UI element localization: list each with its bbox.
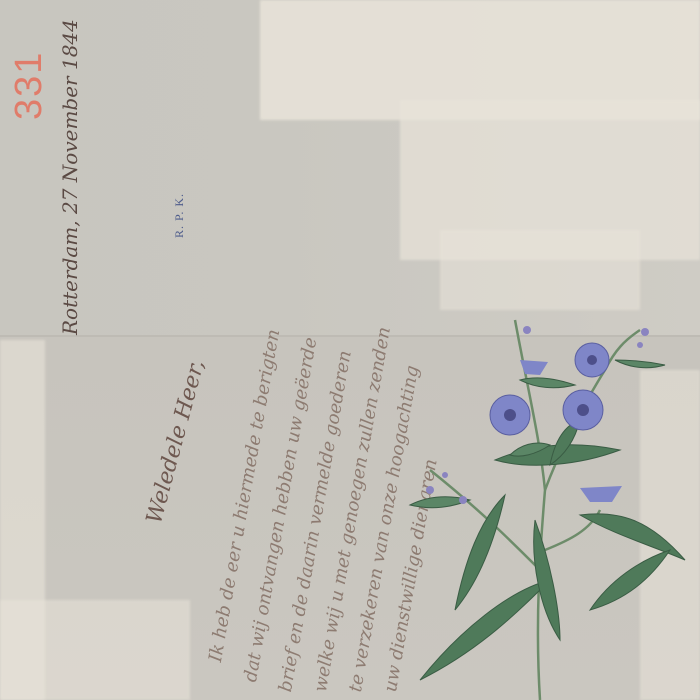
letter-salutation: Weledele Heer, — [142, 357, 210, 526]
distress-texture — [0, 600, 190, 700]
letter-dateline: Rotterdam, 27 November 1844 — [58, 19, 82, 335]
archive-number: 331 — [8, 51, 51, 120]
cornflower-illustration — [400, 290, 700, 700]
letter-collage: Ik heb de eer u hiermede te berigten dat… — [0, 0, 700, 700]
initials-stamp: R. P. K. — [172, 193, 187, 238]
